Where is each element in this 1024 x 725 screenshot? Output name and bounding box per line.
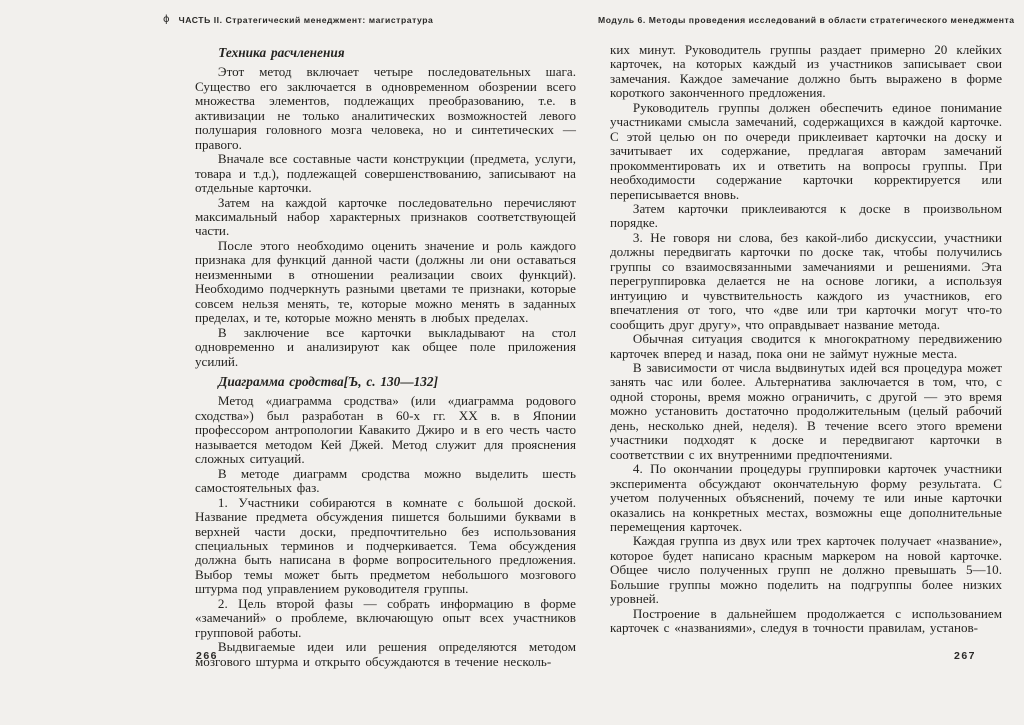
paragraph: В зависимости от числа выдвинутых идей в… bbox=[610, 361, 1002, 462]
page-number-right: 267 bbox=[954, 650, 976, 662]
paragraph: 3. Не говоря ни слова, без какой-либо ди… bbox=[610, 231, 1002, 332]
paragraph: Обычная ситуация сводится к многократном… bbox=[610, 332, 1002, 361]
paragraph: После этого необходимо оценить значение … bbox=[195, 239, 576, 326]
paragraph: Вначале все составные части конструкции … bbox=[195, 152, 576, 195]
fleuron-icon: ϕ bbox=[163, 14, 170, 25]
paragraph: 1. Участники собираются в комнате с боль… bbox=[195, 496, 576, 597]
paragraph-continuation: ких минут. Руководитель группы раздает п… bbox=[610, 43, 1002, 101]
paragraph: Выдвигаемые идеи или решения определяютс… bbox=[195, 640, 576, 669]
paragraph: В заключение все карточки выкладывают на… bbox=[195, 326, 576, 369]
section-heading-technika: Техника расчленения bbox=[195, 46, 576, 60]
book-spread: ϕ ЧАСТЬ II. Стратегический менеджмент: м… bbox=[0, 0, 1024, 725]
paragraph: Затем на каждой карточке последовательно… bbox=[195, 196, 576, 239]
paragraph: В методе диаграмм сродства можно выделит… bbox=[195, 467, 576, 496]
paragraph: Этот метод включает четыре последователь… bbox=[195, 65, 576, 152]
paragraph: 4. По окончании процедуры группировки ка… bbox=[610, 462, 1002, 534]
paragraph: 2. Цель второй фазы — собрать информацию… bbox=[195, 597, 576, 640]
page-right-body: ких минут. Руководитель группы раздает п… bbox=[610, 43, 1002, 636]
paragraph: Метод «диаграмма сродства» (или «диаграм… bbox=[195, 394, 576, 466]
page-number-left: 266 bbox=[196, 650, 218, 662]
page-left-body: Техника расчленения Этот метод включает … bbox=[195, 40, 576, 669]
section-heading-diagramma: Диаграмма сродства[Ъ, с. 130—132] bbox=[195, 375, 576, 389]
paragraph: Руководитель группы должен обеспечить ед… bbox=[610, 101, 1002, 202]
running-head-left-text: ЧАСТЬ II. Стратегический менеджмент: маг… bbox=[179, 15, 434, 25]
running-head-right: Модуль 6. Методы проведения исследований… bbox=[598, 14, 990, 25]
paragraph: Построение в дальнейшем продолжается с и… bbox=[610, 607, 1002, 636]
running-head-right-text: Модуль 6. Методы проведения исследований… bbox=[598, 15, 1015, 25]
paragraph: Каждая группа из двух или трех карточек … bbox=[610, 534, 1002, 606]
running-head-left: ϕ ЧАСТЬ II. Стратегический менеджмент: м… bbox=[163, 14, 433, 25]
paragraph: Затем карточки приклеиваются к доске в п… bbox=[610, 202, 1002, 231]
